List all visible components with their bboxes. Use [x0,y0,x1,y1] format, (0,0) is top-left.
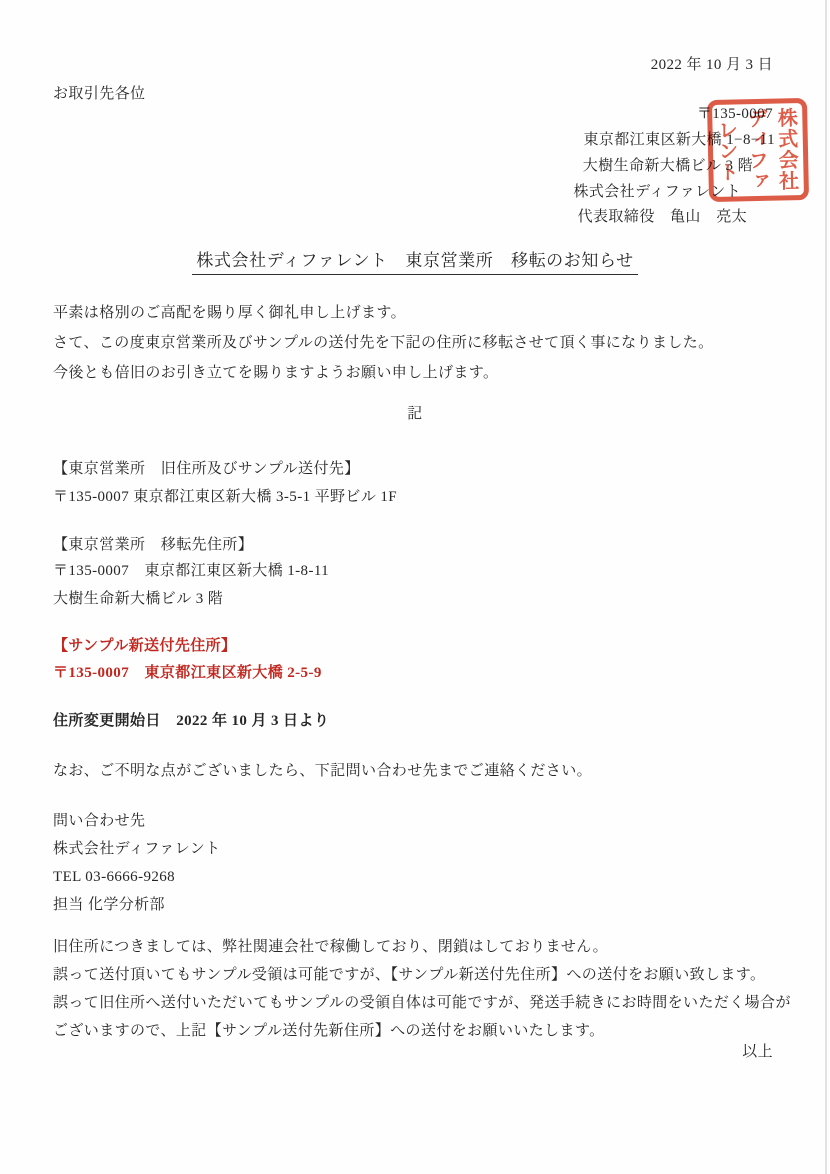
closing-note-2: 誤って送付頂いてもサンプル受領は可能ですが、【サンプル新送付先住所】への送付をお… [53,965,765,985]
closing-note-4: ございますので、上記【サンプル送付先新住所】への送付をお願いいたします。 [53,1021,605,1041]
seal-column-middle: ディファ [740,105,772,196]
letter-date: 2022 年 10 月 3 日 [651,55,773,75]
document-title: 株式会社ディファレント 東京営業所 移転のお知らせ [0,251,830,275]
contact-department: 担当 化学分析部 [53,895,165,915]
sample-address-heading: 【サンプル新送付先住所】 [53,636,236,656]
inquiry-note: なお、ご不明な点がございましたら、下記問い合わせ先までご連絡ください。 [53,761,592,781]
sample-address-line: 〒135-0007 東京都江東区新大橋 2-5-9 [53,663,322,683]
new-office-address-line1: 〒135-0007 東京都江東区新大橋 1-8-11 [53,561,329,581]
document-title-text: 株式会社ディファレント 東京営業所 移転のお知らせ [192,251,637,275]
company-seal-stamp: 株式会社 ディファ レント [707,98,809,202]
effective-date-line: 住所変更開始日 2022 年 10 月 3 日より [53,711,329,731]
closing-marker: 以上 [742,1042,773,1062]
record-marker: 記 [0,404,830,424]
seal-column-right: 株式会社 [770,104,802,195]
greeting-line-3: 今後とも倍旧のお引き立てを賜りますようお願い申し上げます。 [53,363,498,383]
scan-edge-line [825,0,827,1174]
sender-representative: 代表取締役 亀山 亮太 [578,207,747,227]
closing-note-3: 誤って旧住所へ送付いただいてもサンプルの受領自体は可能ですが、発送手続きにお時間… [53,993,791,1013]
old-address-line: 〒135-0007 東京都江東区新大橋 3-5-1 平野ビル 1F [53,487,397,507]
recipient-line: お取引先各位 [53,84,145,104]
closing-note-1: 旧住所につきましては、弊社関連会社で稼働しており、閉鎖はしておりません。 [53,937,608,957]
contact-company: 株式会社ディファレント [53,839,221,859]
seal-column-left: レント [710,105,742,196]
new-office-address-line2: 大樹生命新大橋ビル 3 階 [53,589,223,609]
greeting-line-2: さて、この度東京営業所及びサンプルの送付先を下記の住所に移転させて頂く事になりま… [53,333,714,353]
greeting-line-1: 平素は格別のご高配を賜り厚く御礼申し上げます。 [53,303,406,323]
letter-page: 2022 年 10 月 3 日 お取引先各位 〒135-0007 東京都江東区新… [0,0,830,1174]
contact-tel: TEL 03-6666-9268 [53,867,175,887]
old-address-heading: 【東京営業所 旧住所及びサンプル送付先】 [53,459,360,479]
new-office-heading: 【東京営業所 移転先住所】 [53,535,253,555]
company-seal-text: 株式会社 ディファ レント [714,104,802,196]
contact-heading: 問い合わせ先 [53,811,145,831]
